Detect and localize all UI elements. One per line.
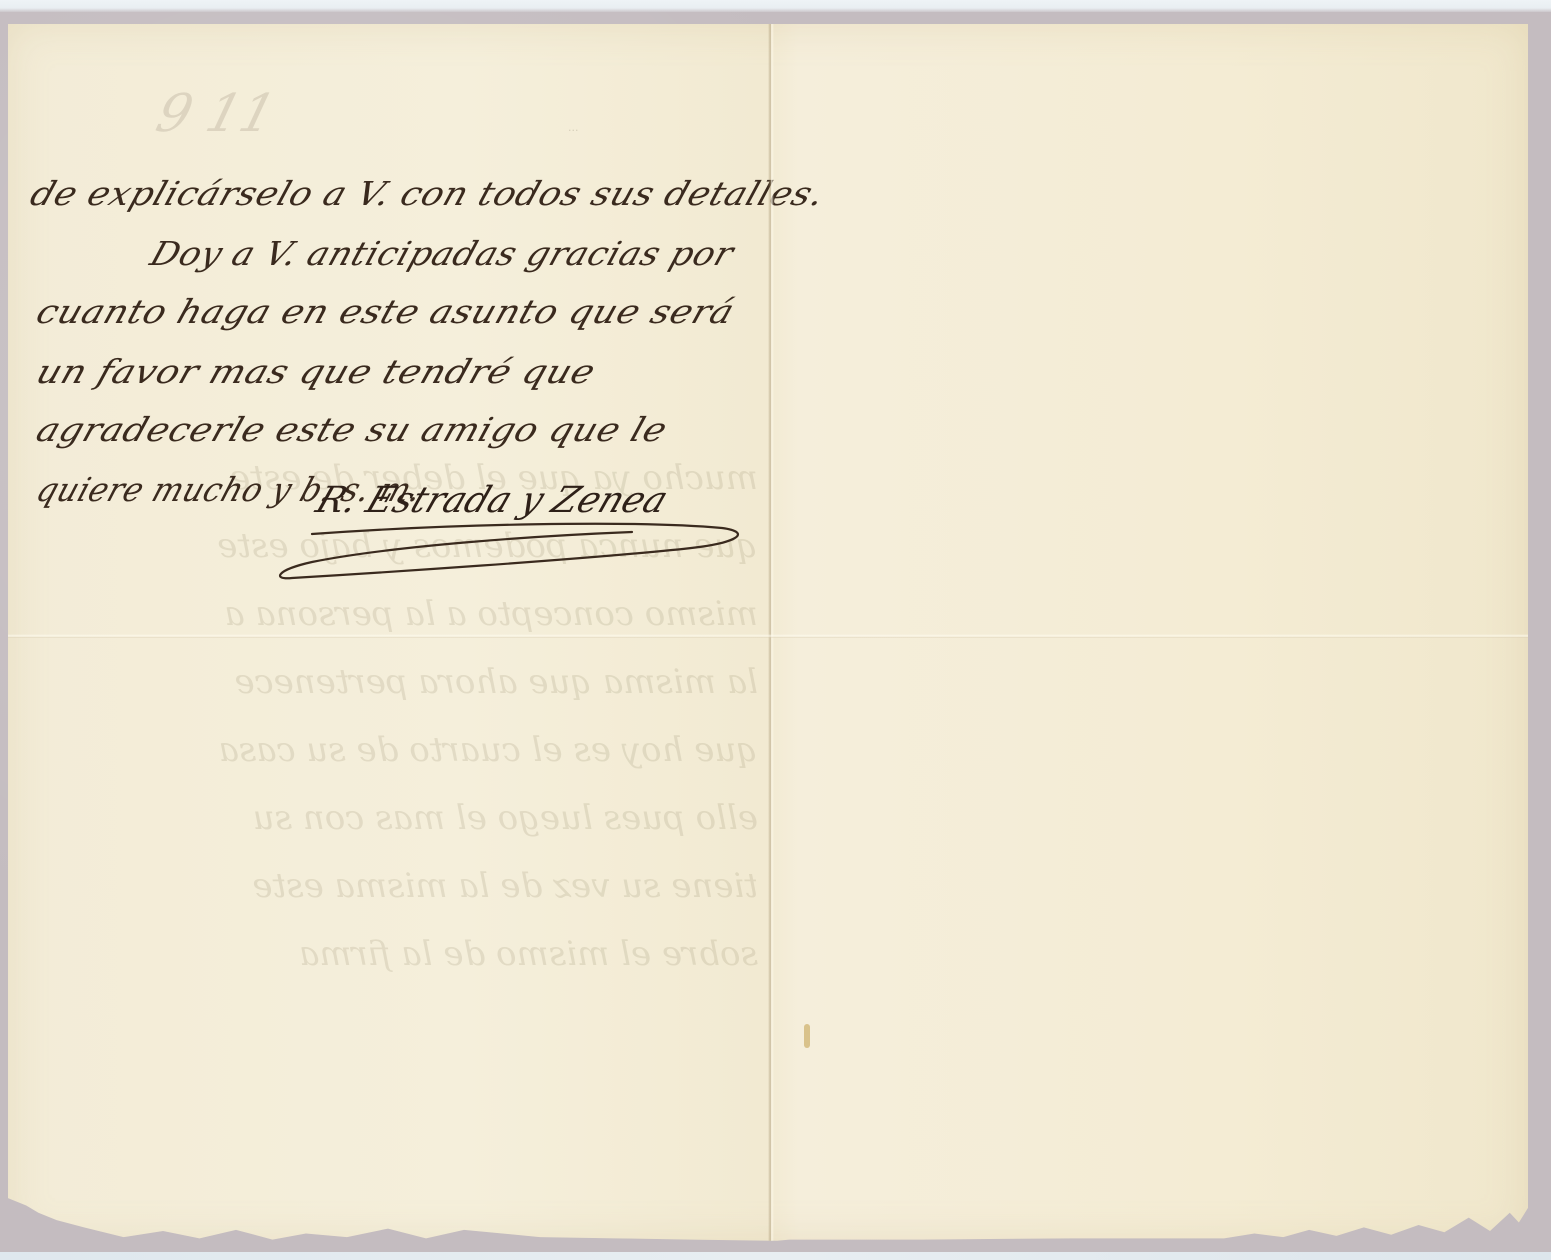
bleed-line: sobre el mismo de la firma <box>38 920 758 988</box>
handwritten-line: un favor mas que tendré que <box>32 352 601 391</box>
signature-flourish-icon <box>272 514 752 594</box>
handwritten-line: de explicárselo a V. con todos sus detal… <box>26 174 830 213</box>
bleed-line: tiene su vez de la misma este <box>38 852 758 920</box>
bleed-line: que hoy es el cuarto de su casa <box>38 716 758 784</box>
bleed-line: ello pues luego el mas con su <box>38 784 758 852</box>
pencil-folio-mark: 9 11 <box>150 84 282 144</box>
paper-stain <box>804 1024 810 1048</box>
faint-bleed-stamp: ··· <box>568 124 579 137</box>
letter-sheet: 9 11 ··· mucho ya que el deber de este q… <box>8 24 1528 1242</box>
handwritten-line: agradecerle este su amigo que le <box>32 410 673 449</box>
scanner-bottom-edge <box>0 1252 1551 1260</box>
bleed-line: la misma que ahora pertenece <box>38 648 758 716</box>
right-page <box>772 24 1528 1242</box>
handwritten-line: cuanto haga en este asunto que será <box>32 292 740 331</box>
left-page: 9 11 ··· mucho ya que el deber de este q… <box>8 24 770 1242</box>
handwritten-line: Doy a V. anticipadas gracias por <box>146 234 739 273</box>
